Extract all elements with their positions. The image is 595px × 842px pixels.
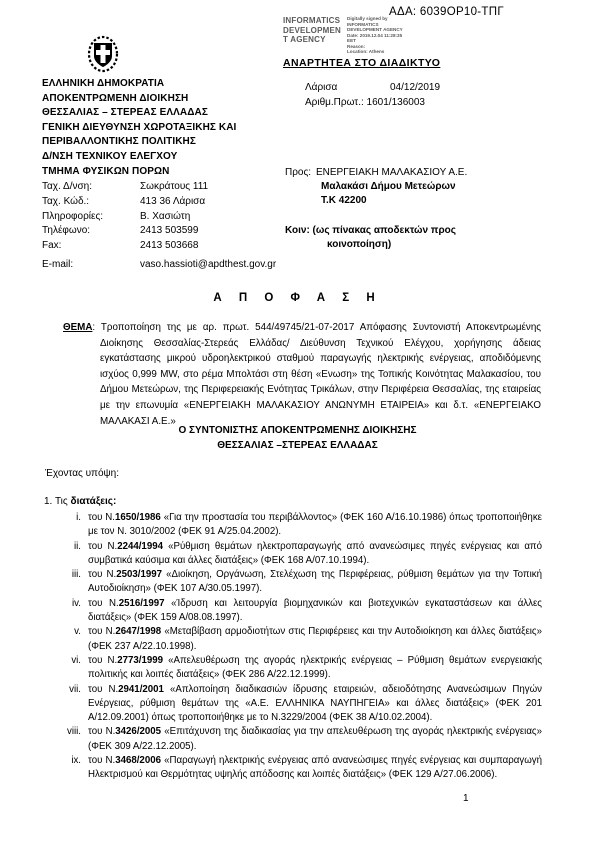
law-item: ii.του Ν.2244/1994 «Ρύθμιση θεμάτων ηλεκ… (55, 540, 542, 569)
letterhead-line: ΕΛΛΗΝΙΚΗ ΔΗΜΟΚΡΑΤΙΑ (42, 77, 236, 92)
section-1-prefix: 1. Τις (44, 496, 71, 507)
law-item-number: viii. (55, 725, 88, 754)
law-item-number: ii. (55, 540, 88, 569)
page-number: 1 (463, 793, 469, 804)
law-item-number: ix. (55, 754, 88, 783)
recipient-address: Μαλακάσι Δήμου Μετεώρων (285, 180, 467, 194)
date-protocol-block: Λάρισα04/12/2019 Αριθμ.Πρωτ.: 1601/13600… (305, 81, 440, 111)
digital-signature-details: Digitally signed byINFORMATICSDEVELOPMEN… (347, 16, 403, 55)
recipient-name: ΕΝΕΡΓΕΙΑΚΗ ΜΑΛΑΚΑΣΙΟΥ Α.Ε. (316, 167, 467, 178)
anartitea-heading: ΑΝΑΡΤΗΤΕΑ ΣΤΟ ΔΙΑΔΙΚΤΥΟ (283, 57, 440, 69)
law-item-number: vi. (55, 654, 88, 683)
contact-row: Τηλέφωνο:2413 503599 (42, 224, 276, 239)
ada-number: ΑΔΑ: 6039ΟΡ10-ΤΠΓ (389, 6, 504, 18)
subject-label: ΘΕΜΑ (63, 322, 92, 333)
section-1-bold: διατάξεις: (71, 496, 117, 507)
cc-line-2: κοινοποίηση) (285, 238, 456, 252)
contact-label: Ταχ. Κώδ.: (42, 195, 140, 210)
contact-value: vaso.hassioti@apdthest.gov.gr (140, 258, 276, 273)
law-item-text: του Ν.2941/2001 «Απλοποίηση διαδικασιών … (88, 683, 542, 726)
law-item-number: iii. (55, 568, 88, 597)
stamp-agency-line: DEVELOPMEN (283, 26, 345, 36)
contact-label: Fax: (42, 239, 140, 254)
contact-label: Πληροφορίες: (42, 210, 140, 225)
protocol-label: Αριθμ.Πρωτ.: (305, 97, 364, 108)
law-item: iii.του Ν.2503/1997 «Διοίκηση, Οργάνωση,… (55, 568, 542, 597)
contact-label: Ταχ. Δ/νση: (42, 180, 140, 195)
letterhead-line: Δ/ΝΣΗ ΤΕΧΝΙΚΟΥ ΕΛΕΓΧΟΥ (42, 150, 236, 165)
law-item-text: του Ν.2503/1997 «Διοίκηση, Οργάνωση, Στε… (88, 568, 542, 597)
law-item-number: i. (55, 511, 88, 540)
coordinator-line-2: ΘΕΣΣΑΛΙΑΣ –ΣΤΕΡΕΑΣ ΕΛΛΑΔΑΣ (0, 439, 595, 454)
section-1-heading: 1. Τις διατάξεις: (44, 496, 116, 507)
contact-label: E-mail: (42, 258, 140, 273)
law-item-text: του Ν.3426/2005 «Επιτάχυνση της διαδικασ… (88, 725, 542, 754)
having-regard-line: Έχοντας υπόψη: (45, 468, 119, 479)
law-item: ix.του Ν.3468/2006 «Παραγωγή ηλεκτρικής … (55, 754, 542, 783)
law-item: i.του Ν.1650/1986 «Για την προστασία του… (55, 511, 542, 540)
protocol-number: 1601/136003 (367, 97, 425, 108)
contact-row: Πληροφορίες:Β. Χασιώτη (42, 210, 276, 225)
contact-label: Τηλέφωνο: (42, 224, 140, 239)
law-item-text: του Ν.3468/2006 «Παραγωγή ηλεκτρικής ενέ… (88, 754, 542, 783)
contact-value: Β. Χασιώτη (140, 210, 190, 225)
contact-info-block: Ταχ. Δ/νση:Σωκράτους 111Ταχ. Κώδ.:413 36… (42, 180, 276, 273)
document-page: ΑΔΑ: 6039ΟΡ10-ΤΠΓ INFORMATICSDEVELOPMENT… (0, 0, 595, 842)
cc-block: Κοιν: (ως πίνακας αποδεκτών προς κοινοπο… (285, 224, 456, 252)
contact-value: 2413 503599 (140, 224, 198, 239)
protocol-line: Αριθμ.Πρωτ.: 1601/136003 (305, 96, 440, 111)
law-item-text: του Ν.2516/1997 «Ίδρυση και λειτουργία β… (88, 597, 542, 626)
law-item-number: iv. (55, 597, 88, 626)
decision-title: Α Π Ο Φ Α Σ Η (0, 292, 595, 304)
contact-row: E-mail:vaso.hassioti@apdthest.gov.gr (42, 258, 276, 273)
coordinator-line-1: Ο ΣΥΝΤΟΝΙΣΤΗΣ ΑΠΟΚΕΝΤΡΩΜΕΝΗΣ ΔΙΟΙΚΗΣΗΣ (0, 424, 595, 439)
stamp-signature-line: DEVELOPMENT AGENCY (347, 27, 403, 33)
contact-value: 413 36 Λάρισα (140, 195, 205, 210)
subject-text: : Τροποποίηση της με αρ. πρωτ. 544/49745… (92, 322, 541, 427)
letterhead-line: ΓΕΝΙΚΗ ΔΙΕΥΘΥΝΣΗ ΧΩΡΟΤΑΞΙΚΗΣ ΚΑΙ (42, 121, 236, 136)
letterhead-line: ΑΠΟΚΕΝΤΡΩΜΕΝΗ ΔΙΟΙΚΗΣΗ (42, 92, 236, 107)
stamp-signature-line: Location: Athens (347, 49, 403, 55)
contact-row: Ταχ. Κώδ.:413 36 Λάρισα (42, 195, 276, 210)
contact-row: Ταχ. Δ/νση:Σωκράτους 111 (42, 180, 276, 195)
law-item-text: του Ν.1650/1986 «Για την προστασία του π… (88, 511, 542, 540)
city-label: Λάρισα (305, 81, 390, 96)
law-item: iv.του Ν.2516/1997 «Ίδρυση και λειτουργί… (55, 597, 542, 626)
recipient-postcode: Τ.Κ 42200 (285, 194, 467, 208)
law-item-text: του Ν.2647/1998 «Μεταβίβαση αρμοδιοτήτων… (88, 625, 542, 654)
letterhead-line: ΠΕΡΙΒΑΛΛΟΝΤΙΚΗΣ ΠΟΛΙΤΙΚΗΣ (42, 135, 236, 150)
letterhead-line: ΘΕΣΣΑΛΙΑΣ – ΣΤΕΡΕΑΣ ΕΛΛΑΔΑΣ (42, 106, 236, 121)
law-item-number: v. (55, 625, 88, 654)
law-item: v.του Ν.2647/1998 «Μεταβίβαση αρμοδιοτήτ… (55, 625, 542, 654)
document-date: 04/12/2019 (390, 82, 440, 93)
law-item: viii.του Ν.3426/2005 «Επιτάχυνση της δια… (55, 725, 542, 754)
agency-letterhead: ΕΛΛΗΝΙΚΗ ΔΗΜΟΚΡΑΤΙΑΑΠΟΚΕΝΤΡΩΜΕΝΗ ΔΙΟΙΚΗΣ… (42, 77, 236, 179)
contact-value: 2413 503668 (140, 239, 198, 254)
law-item-text: του Ν.2244/1994 «Ρύθμιση θεμάτων ηλεκτρο… (88, 540, 542, 569)
stamp-agency-line: INFORMATICS (283, 16, 345, 26)
law-item-text: του Ν.2773/1999 «Απελευθέρωση της αγοράς… (88, 654, 542, 683)
subject-paragraph: ΘΕΜΑ: Τροποποίηση της με αρ. πρωτ. 544/4… (63, 320, 541, 429)
cc-line-1: Κοιν: (ως πίνακας αποδεκτών προς (285, 224, 456, 238)
law-item-number: vii. (55, 683, 88, 726)
greek-coat-of-arms-icon (84, 34, 122, 79)
contact-row: Fax:2413 503668 (42, 239, 276, 254)
pros-label: Προς: (285, 166, 316, 180)
law-item: vi.του Ν.2773/1999 «Απελευθέρωση της αγο… (55, 654, 542, 683)
stamp-agency-line: T AGENCY (283, 35, 345, 45)
coordinator-heading: Ο ΣΥΝΤΟΝΙΣΤΗΣ ΑΠΟΚΕΝΤΡΩΜΕΝΗΣ ΔΙΟΙΚΗΣΗΣ Θ… (0, 424, 595, 453)
law-item: vii.του Ν.2941/2001 «Απλοποίηση διαδικασ… (55, 683, 542, 726)
law-list: i.του Ν.1650/1986 «Για την προστασία του… (55, 511, 542, 783)
city-date-line: Λάρισα04/12/2019 (305, 81, 440, 96)
digital-signature-stamp: INFORMATICSDEVELOPMENT AGENCY (283, 16, 345, 45)
letterhead-line: ΤΜΗΜΑ ΦΥΣΙΚΩΝ ΠΟΡΩΝ (42, 165, 236, 180)
recipient-block: Προς:ΕΝΕΡΓΕΙΑΚΗ ΜΑΛΑΚΑΣΙΟΥ Α.Ε. Μαλακάσι… (285, 166, 467, 207)
contact-value: Σωκράτους 111 (140, 180, 208, 195)
recipient-line: Προς:ΕΝΕΡΓΕΙΑΚΗ ΜΑΛΑΚΑΣΙΟΥ Α.Ε. (285, 166, 467, 180)
